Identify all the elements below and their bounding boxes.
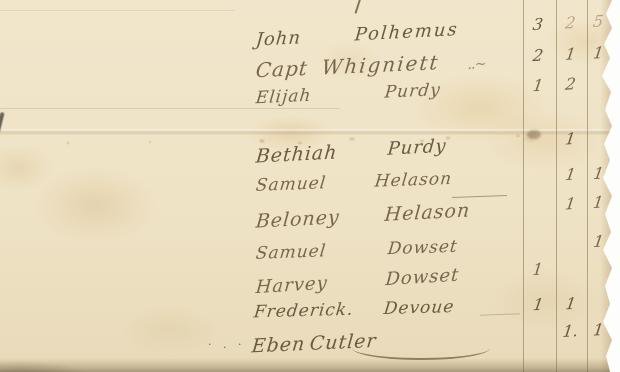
count-col1: 1 xyxy=(520,75,555,96)
count-col2: 1 xyxy=(554,294,587,314)
count-col2: 1 xyxy=(554,193,586,214)
last-name: Dowset xyxy=(385,265,460,291)
last-name: Whigniett xyxy=(321,50,441,79)
fold-crease-top xyxy=(0,10,235,11)
last-name: Polhemus xyxy=(354,19,460,46)
count-col1 xyxy=(521,233,554,234)
first-name: Eben xyxy=(251,333,307,357)
trailing-dashes: ..~ xyxy=(467,56,486,73)
last-name: Purdy xyxy=(384,80,442,103)
count-col2 xyxy=(555,232,585,233)
first-name: Samuel xyxy=(255,241,327,264)
count-col1 xyxy=(521,165,554,166)
first-name: Beloney xyxy=(255,206,341,233)
count-col2: 2 xyxy=(554,12,586,33)
last-name: Helason xyxy=(374,169,453,192)
count-col2: 1 xyxy=(554,128,586,149)
count-col2: 1. xyxy=(554,321,586,341)
bottom-edge-shadow xyxy=(0,358,620,372)
first-name: Samuel xyxy=(255,173,327,196)
count-col2: 1 xyxy=(554,44,586,64)
first-name: Bethiah xyxy=(255,141,339,167)
torn-edge-shadow xyxy=(600,0,616,372)
count-col3: 1 xyxy=(584,163,613,183)
count-col2: 1 xyxy=(554,164,587,184)
scanned-document: · . · John Polhemus 3 2 5 Capt Whigniett… xyxy=(0,0,620,372)
last-name: Purdy xyxy=(387,136,448,160)
first-name: Harvey xyxy=(255,273,329,299)
paper-sheet: · . · John Polhemus 3 2 5 Capt Whigniett… xyxy=(0,0,620,372)
count-col3 xyxy=(585,73,611,74)
first-name: Frederick. xyxy=(253,300,355,323)
first-name: Capt xyxy=(255,56,309,82)
last-name: Helason xyxy=(384,199,471,226)
ink-stroke-top-edge xyxy=(354,0,361,14)
count-col3 xyxy=(586,293,612,294)
last-name: Devoue xyxy=(383,297,456,319)
count-col1: 2 xyxy=(520,45,555,66)
count-col1: 1 xyxy=(520,294,556,314)
count-col2: 2 xyxy=(554,74,586,94)
first-name: John xyxy=(255,27,302,50)
last-name: Dowset xyxy=(387,237,459,260)
first-name: Elijah xyxy=(255,86,313,109)
count-col1: 3 xyxy=(520,14,555,35)
count-col1: 1 xyxy=(520,259,555,280)
